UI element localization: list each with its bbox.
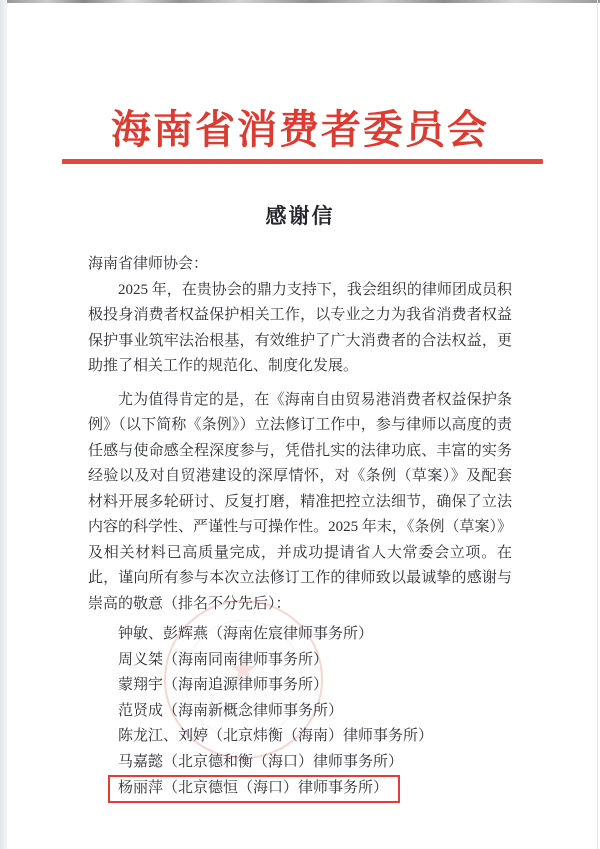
lawyer-list-item: 周义桀（海南同南律师事务所） xyxy=(88,648,512,674)
lawyer-name-and-firm: 马嘉懿（北京德和衡（海口）律师事务所） xyxy=(118,754,403,770)
highlight-box: 杨丽萍（北京德恒（海口）律师事务所） xyxy=(108,775,400,803)
salutation-line: 海南省律师协会： xyxy=(88,252,512,278)
lawyer-list-item: 范贤成（海南新概念律师事务所） xyxy=(88,699,512,725)
lawyer-list-item: 马嘉懿（北京德和衡（海口）律师事务所） xyxy=(88,750,512,776)
paragraph-2: 尤为值得肯定的是，在《海南自由贸易港消费者权益保护条例》（以下简称《条例》）立法… xyxy=(88,388,512,618)
lawyer-name-and-firm: 周义桀（海南同南律师事务所） xyxy=(118,652,328,668)
lawyer-list-item: 蒙翔宇（海南追源律师事务所） xyxy=(88,673,512,699)
letter-title: 感谢信 xyxy=(0,200,600,230)
scan-edge-artifact-top xyxy=(0,0,600,3)
letter-body: 海南省律师协会： 2025 年，在贵协会的鼎力支持下，我会组织的律师团成员积极投… xyxy=(88,252,512,801)
lawyer-list-item: 钟敏、彭辉燕（海南佐宸律师事务所） xyxy=(88,622,512,648)
lawyer-acknowledgement-list: 钟敏、彭辉燕（海南佐宸律师事务所） 周义桀（海南同南律师事务所） 蒙翔宇（海南追… xyxy=(88,622,512,801)
lawyer-list-item-highlighted: 杨丽萍（北京德恒（海口）律师事务所） xyxy=(88,775,512,801)
scanned-letter-page: 海南省消费者委员会 感谢信 ★ 海南省律师协会： 2025 年，在贵协会的鼎力支… xyxy=(0,0,600,849)
letterhead-organization-name: 海南省消费者委员会 xyxy=(0,98,600,155)
lawyer-name-and-firm: 范贤成（海南新概念律师事务所） xyxy=(118,703,343,719)
paragraph-1: 2025 年，在贵协会的鼎力支持下，我会组织的律师团成员积极投身消费者权益保护相… xyxy=(88,278,512,380)
letterhead-red-divider xyxy=(62,159,543,164)
lawyer-list-item: 陈龙江、刘婷（北京炜衡（海南）律师事务所） xyxy=(88,724,512,750)
lawyer-name-and-firm: 陈龙江、刘婷（北京炜衡（海南）律师事务所） xyxy=(118,728,433,744)
lawyer-name-and-firm: 钟敏、彭辉燕（海南佐宸律师事务所） xyxy=(118,626,373,642)
lawyer-name-and-firm: 蒙翔宇（海南追源律师事务所） xyxy=(118,677,328,693)
